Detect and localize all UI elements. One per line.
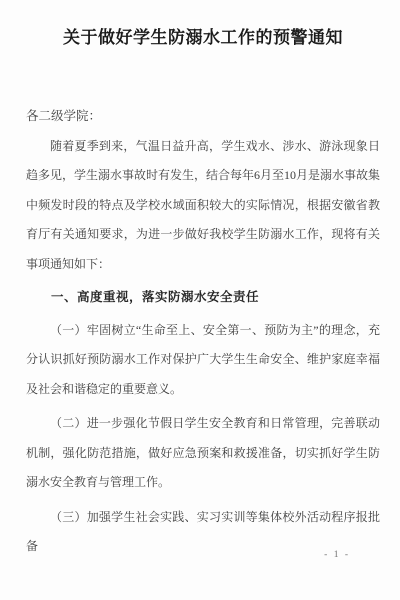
document-page: 关于做好学生防溺水工作的预警通知 各二级学院： 随着夏季到来，气温日益升高，学生…: [0, 0, 400, 600]
page-number: - 1 -: [324, 550, 350, 560]
salutation: 各二级学院：: [26, 102, 380, 132]
section-heading: 一、高度重视，落实防溺水安全责任: [26, 283, 380, 313]
item-paragraph-2: （二）进一步强化节假日学生安全教育和日常管理，完善联动机制，强化防范措施，做好应…: [26, 409, 380, 498]
intro-paragraph: 随着夏季到来，气温日益升高，学生戏水、涉水、游泳现象日趋多见，学生溺水事故时有发…: [26, 132, 380, 280]
document-title: 关于做好学生防溺水工作的预警通知: [26, 26, 380, 50]
item-paragraph-1: （一）牢固树立“生命至上、安全第一、预防为主”的理念，充分认识抓好预防溺水工作对…: [26, 316, 380, 405]
